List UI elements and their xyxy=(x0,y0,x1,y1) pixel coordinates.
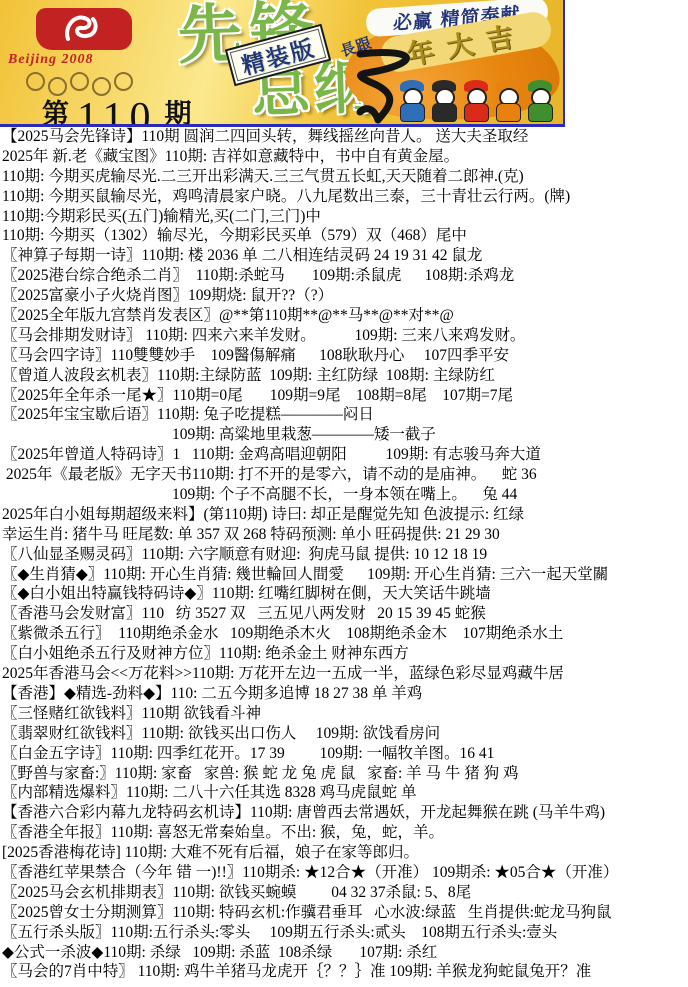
tip-line: 〖三怪赌红欲钱料〗110期 欲钱看斗神 xyxy=(0,704,688,724)
masthead-banner: Beijing 2008 先锋 总纲 第110期 精装版 必赢 精简奉献 長跟 … xyxy=(0,0,565,127)
dancing-figure-icon xyxy=(60,11,104,47)
mascot-nini-icon xyxy=(524,80,555,122)
issue-number: 第110期 xyxy=(42,92,191,127)
mascot-huanhuan-icon xyxy=(460,80,491,122)
mascot-beibei-icon xyxy=(396,80,427,122)
tip-line: 〖2025年全年杀一尾★〗110期=0尾 109期=9尾 108期=8尾 107… xyxy=(0,386,688,406)
tip-line: 〖五行杀头版〗110期:五行杀头:零头 109期五行杀头:贰头 108期五行杀头… xyxy=(0,923,688,943)
tip-line: 〖2025年曾道人特码诗〗1 110期: 金鸡高唱迎朝阳 109期: 有志骏马奔… xyxy=(0,445,688,465)
tip-line: 〖香港马会发财富〗110 纺 3527 双 三五见八两发财 20 15 39 4… xyxy=(0,604,688,624)
tip-line: ◆公式一杀波◆110期: 杀绿 109期: 杀蓝 108杀绿 107期: 杀红 xyxy=(0,943,688,963)
tip-line: 〖曾道人波段玄机表〗110期:主绿防蓝 109期: 主红防绿 108期: 主绿防… xyxy=(0,366,688,386)
tip-line: 【香港六合彩内幕九龙特码玄机诗】110期: 唐曾西去常遇妖，开龙起舞猴在跳 (马… xyxy=(0,803,688,823)
tip-line: 〖马会四字诗〗110雙雙妙手 109醫傷解痛 108耿耿丹心 107四季平安 xyxy=(0,346,688,366)
tip-line: 〖2025曾女士分期测算〗110期: 特码玄机:作骥君垂耳 心水波:绿蓝 生肖提… xyxy=(0,903,688,923)
tip-line: 〖内部精选爆料〗110期: 二八十六任其选 8328 鸡马虎鼠蛇 单 xyxy=(0,783,688,803)
tip-line: 〖翡翠财红欲钱料〗110期: 欲钱买出口伤人 109期: 欲饯看房问 xyxy=(0,724,688,744)
tip-line: 〖八仙显圣赐灵码〗110期: 六字顺意有财迎: 狗虎马鼠 提供: 10 12 1… xyxy=(0,545,688,565)
beijing-2008-seal-icon xyxy=(36,8,132,50)
tip-line: 〖2025马会玄机排期表〗110期: 欲钱买蜿蟆 04 32 37杀鼠: 5、8… xyxy=(0,883,688,903)
tip-line: 2025年《最老版》无字天书110期: 打不开的是零六，请不动的是庙神。 蛇 3… xyxy=(0,465,688,485)
tip-lines: 【2025马会先锋诗】110期 圆润二四回头转，舞线摇丝向昔人。 送大夫圣取经2… xyxy=(0,127,688,982)
tip-line: 〖香港红苹果禁合（今年 错 一)!!〗110期杀: ★12合★（开准） 109期… xyxy=(0,863,688,883)
tip-line: [2025香港梅花诗] 110期: 大难不死有后福，娘子在家等郎归。 xyxy=(0,843,688,863)
tip-line: 〖白小姐绝杀五行及财神方位〗110期: 绝杀金土 财神东西方 xyxy=(0,644,688,664)
tip-line: 110期: 今期买鼠输尽光，鸡鸣清晨家户晓。八九尾数出三泰，三十青壮云行两。(牌… xyxy=(0,187,688,207)
tip-line: 〖◆生肖猜◆〗110期: 开心生肖猜: 幾世輪回人間愛 109期: 开心生肖猜:… xyxy=(0,565,688,585)
tip-line: 2025年白小姐每期超级来料】(第110期) 诗曰: 却正是醒觉先知 色波提示:… xyxy=(0,505,688,525)
tip-line: 2025年香港马会<<万花料>>110期: 万花开左边一五成一半，蓝绿色彩尽显鸡… xyxy=(0,664,688,684)
issue-prefix: 第 xyxy=(42,99,69,127)
tip-sheet-page: Beijing 2008 先锋 总纲 第110期 精装版 必赢 精简奉献 長跟 … xyxy=(0,0,688,987)
fuwa-mascots xyxy=(396,80,556,122)
tip-line: 〖野兽与家畜:〗110期: 家畜 家兽: 猴 蛇 龙 兔 虎 鼠 家畜: 羊 马… xyxy=(0,764,688,784)
olympic-rings-icon xyxy=(26,72,166,92)
mascot-jingjing-icon xyxy=(428,80,459,122)
tip-line: 〖神算子每期一诗〗110期: 楼 2036 单 二八相连结灵码 24 19 31… xyxy=(0,246,688,266)
tip-line: 〖2025全年版九宫禁肖发表区〗@**第110期**@**马**@**对**@ xyxy=(0,306,688,326)
tip-line: 〖白金五字诗〗110期: 四季红花开。17 39 109期: 一幅牧羊图。16 … xyxy=(0,744,688,764)
tip-line: 〖2025港台综合绝杀二肖〗 110期:杀蛇马 109期:杀鼠虎 108期:杀鸡… xyxy=(0,266,688,286)
tip-line: 幸运生肖: 猪牛马 旺尾数: 单 357 双 268 特码预测: 单小 旺码提供… xyxy=(0,525,688,545)
tip-line: 〖紫微杀五行〗 110期绝杀金水 109期绝杀木火 108期绝杀金木 107期绝… xyxy=(0,624,688,644)
tip-line: 【香港】◆精选-劲料◆】110: 二五今期多追博 18 27 38 单 羊鸡 xyxy=(0,684,688,704)
tip-line: 109期: 高粱地里栽葱————矮一截子 xyxy=(0,425,688,445)
tip-line: 110期: 今期买虎输尽光.二三开出彩满天.三三气贯五长虹,天天随着二郎神.(克… xyxy=(0,167,688,187)
tip-line: 【2025马会先锋诗】110期 圆润二四回头转，舞线摇丝向昔人。 送大夫圣取经 xyxy=(0,127,688,147)
tip-line: 110期:今期彩民买(五门)输精光,买(二门,三门)中 xyxy=(0,207,688,227)
beijing-2008-text: Beijing 2008 xyxy=(8,52,178,68)
tip-line: 〖香港全年报〗110期: 喜怒无常秦始皇。不出: 猴，兔，蛇，羊。 xyxy=(0,823,688,843)
tip-line: 2025年 新.老《藏宝图》110期: 吉祥如意藏特中，书中自有黄金屋。 xyxy=(0,147,688,167)
tip-line: 109期: 个子不高腿不长，一身本领在嘴上。 兔 44 xyxy=(0,485,688,505)
tip-line: 〖马会的7肖中特〗 110期: 鸡牛羊猪马龙虎开｛？？｝准 109期: 羊猴龙狗… xyxy=(0,962,688,982)
tip-line: 〖◆白小姐出特赢钱特码诗◆〗110期: 红嘴红脚树在側，天大笑话牛跳墙 xyxy=(0,584,688,604)
tip-line: 110期: 今期买（1302）输尽光，今期彩民买单（579）双（468）尾中 xyxy=(0,226,688,246)
tip-line: 〖马会排期发财诗〗 110期: 四来六来羊发财。 109期: 三来八来鸡发财。 xyxy=(0,326,688,346)
mascot-yingying-icon xyxy=(492,80,523,122)
issue-value: 110 xyxy=(77,95,156,127)
tip-line: 〖2025富豪小子火烧肖图〗109期烧: 鼠开??（?） xyxy=(0,286,688,306)
issue-suffix: 期 xyxy=(164,99,191,127)
tip-line: 〖2025年宝宝歇后语〗110期: 兔子吃提糕————闷日 xyxy=(0,405,688,425)
